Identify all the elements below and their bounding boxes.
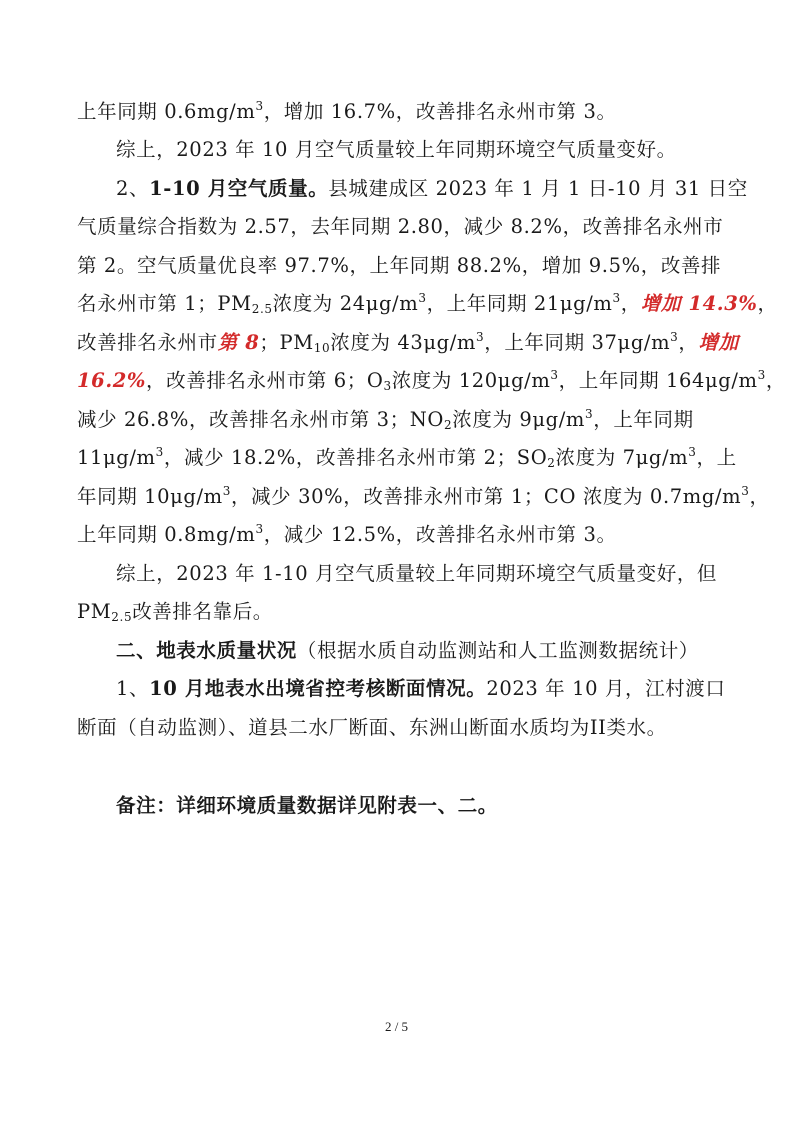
text-line: 第 2。空气质量优良率 97.7%，上年同期 88.2%，增加 9.5%，改善排 (77, 254, 717, 278)
text-segment: 2 (547, 456, 555, 470)
text-segment: ， (766, 369, 786, 392)
text-segment: ，改善排名永州市第 6；O (146, 369, 383, 392)
text-segment: 综上，2023 年 10 月空气质量较上年同期环境空气质量变好。 (116, 138, 677, 161)
text-segment: 第 2。空气质量优良率 97.7%，上年同期 88.2%，增加 9.5%，改善排 (77, 254, 721, 277)
highlighted-text: 第 8 (218, 331, 260, 354)
text-segment: 2.5 (252, 302, 273, 316)
text-segment: 县城建成区 2023 年 1 月 1 日-10 月 31 日空 (328, 177, 748, 200)
text-line: 11μg/m3，减少 18.2%，改善排名永州市第 2；SO2浓度为 7μg/m… (77, 446, 717, 470)
text-segment: 3 (550, 368, 558, 382)
text-segment: 3 (613, 291, 621, 305)
text-segment: 综上，2023 年 1-10 月空气质量较上年同期环境空气质量变好，但 (116, 562, 717, 585)
text-line: 断面（自动监测）、道县二水厂断面、东洲山断面水质均为II类水。 (77, 716, 717, 740)
text-segment: 3 (255, 522, 263, 536)
text-line: 上年同期 0.6mg/m3，增加 16.7%，改善排名永州市第 3。 (77, 100, 717, 124)
text-segment: 3 (255, 99, 263, 113)
text-segment: ，增加 16.7%，改善排名永州市第 3。 (264, 100, 617, 123)
text-segment: 3 (418, 291, 426, 305)
text-segment: ， (678, 331, 698, 354)
text-segment: ，减少 12.5%，改善排名永州市第 3。 (264, 523, 617, 546)
bold-heading-text: 二、地表水质量状况 (116, 639, 297, 662)
text-segment: 浓度为 9μg/m (452, 408, 585, 431)
text-segment: 名永州市第 1；PM (77, 292, 252, 315)
text-segment: 浓度为 24μg/m (273, 292, 419, 315)
text-segment: 10 (314, 341, 330, 355)
text-segment: ；PM (259, 331, 313, 354)
text-line: 备注：详细环境质量数据详见附表一、二。 (116, 794, 756, 818)
bold-heading-text: 备注：详细环境质量数据详见附表一、二。 (116, 794, 498, 817)
text-segment: PM (77, 600, 111, 623)
highlighted-text: 增加 14.3% (641, 292, 758, 315)
text-line: PM2.5改善排名靠后。 (77, 600, 717, 624)
text-segment: 2 (444, 418, 452, 432)
text-line: 年同期 10μg/m3，减少 30%，改善排永州市第 1；CO 浓度为 0.7m… (77, 485, 717, 509)
text-line: 二、地表水质量状况（根据水质自动监测站和人工监测数据统计） (116, 639, 756, 663)
text-line: 16.2%，改善排名永州市第 6；O3浓度为 120μg/m3，上年同期 164… (77, 369, 717, 393)
page-number: 2 / 5 (0, 1019, 793, 1035)
text-line: 2、1-10 月空气质量。县城建成区 2023 年 1 月 1 日-10 月 3… (116, 177, 756, 201)
text-segment: 3 (758, 368, 766, 382)
text-line: 1、10 月地表水出境省控考核断面情况。2023 年 10 月，江村渡口 (116, 677, 756, 701)
text-segment: 3 (223, 484, 231, 498)
text-segment: 减少 26.8%，改善排名永州市第 3；NO (77, 408, 444, 431)
text-segment: 3 (383, 379, 391, 393)
text-line: 减少 26.8%，改善排名永州市第 3；NO2浓度为 9μg/m3，上年同期 (77, 408, 717, 432)
text-segment: 2、 (116, 177, 149, 200)
text-line: 名永州市第 1；PM2.5浓度为 24μg/m3，上年同期 21μg/m3，增加… (77, 292, 717, 316)
bold-heading-text: 1-10 月空气质量。 (149, 177, 328, 200)
text-segment: ，上年同期 21μg/m (427, 292, 613, 315)
text-segment: 年同期 10μg/m (77, 485, 223, 508)
text-segment: 2023 年 10 月，江村渡口 (486, 677, 725, 700)
text-segment: 浓度为 120μg/m (392, 369, 551, 392)
text-line: 上年同期 0.8mg/m3，减少 12.5%，改善排名永州市第 3。 (77, 523, 717, 547)
text-segment: 2.5 (111, 610, 132, 624)
text-line: 改善排名永州市第 8；PM10浓度为 43μg/m3，上年同期 37μg/m3，… (77, 331, 717, 355)
highlighted-text: 16.2% (77, 369, 146, 392)
text-segment: 1、 (116, 677, 149, 700)
text-segment: 3 (476, 330, 484, 344)
text-segment: 断面（自动监测）、道县二水厂断面、东洲山断面水质均为II类水。 (77, 716, 667, 739)
text-line: 气质量综合指数为 2.57，去年同期 2.80，减少 8.2%，改善排名永州市 (77, 215, 717, 239)
text-segment: 3 (585, 407, 593, 421)
text-segment: ，上年同期 (593, 408, 694, 431)
text-segment: ，上年同期 37μg/m (484, 331, 670, 354)
text-segment: 改善排名永州市 (77, 331, 218, 354)
text-line: 综上，2023 年 1-10 月空气质量较上年同期环境空气质量变好，但 (116, 562, 756, 586)
text-segment: 气质量综合指数为 2.57，去年同期 2.80，减少 8.2%，改善排名永州市 (77, 215, 723, 238)
bold-heading-text: 10 月地表水出境省控考核断面情况。 (149, 677, 486, 700)
text-segment: ， (621, 292, 641, 315)
highlighted-text: 增加 (699, 331, 739, 354)
text-segment: （根据水质自动监测站和人工监测数据统计） (297, 639, 699, 662)
text-segment: 上年同期 0.8mg/m (77, 523, 255, 546)
document-page: 上年同期 0.6mg/m3，增加 16.7%，改善排名永州市第 3。综上，202… (0, 0, 793, 1122)
text-segment: ， (758, 292, 778, 315)
text-segment: 改善排名靠后。 (132, 600, 273, 623)
text-segment: ， (749, 485, 769, 508)
text-segment: 浓度为 43μg/m (330, 331, 476, 354)
text-segment: ，减少 18.2%，改善排名永州市第 2；SO (164, 446, 547, 469)
text-segment: 浓度为 7μg/m (556, 446, 689, 469)
text-segment: ，上年同期 164μg/m (559, 369, 758, 392)
text-segment: 3 (156, 445, 164, 459)
text-segment: ，减少 30%，改善排永州市第 1；CO 浓度为 0.7mg/m (231, 485, 741, 508)
text-segment: ，上 (697, 446, 737, 469)
text-segment: 上年同期 0.6mg/m (77, 100, 255, 123)
text-segment: 11μg/m (77, 446, 156, 469)
text-line: 综上，2023 年 10 月空气质量较上年同期环境空气质量变好。 (116, 138, 756, 162)
text-segment: 3 (688, 445, 696, 459)
